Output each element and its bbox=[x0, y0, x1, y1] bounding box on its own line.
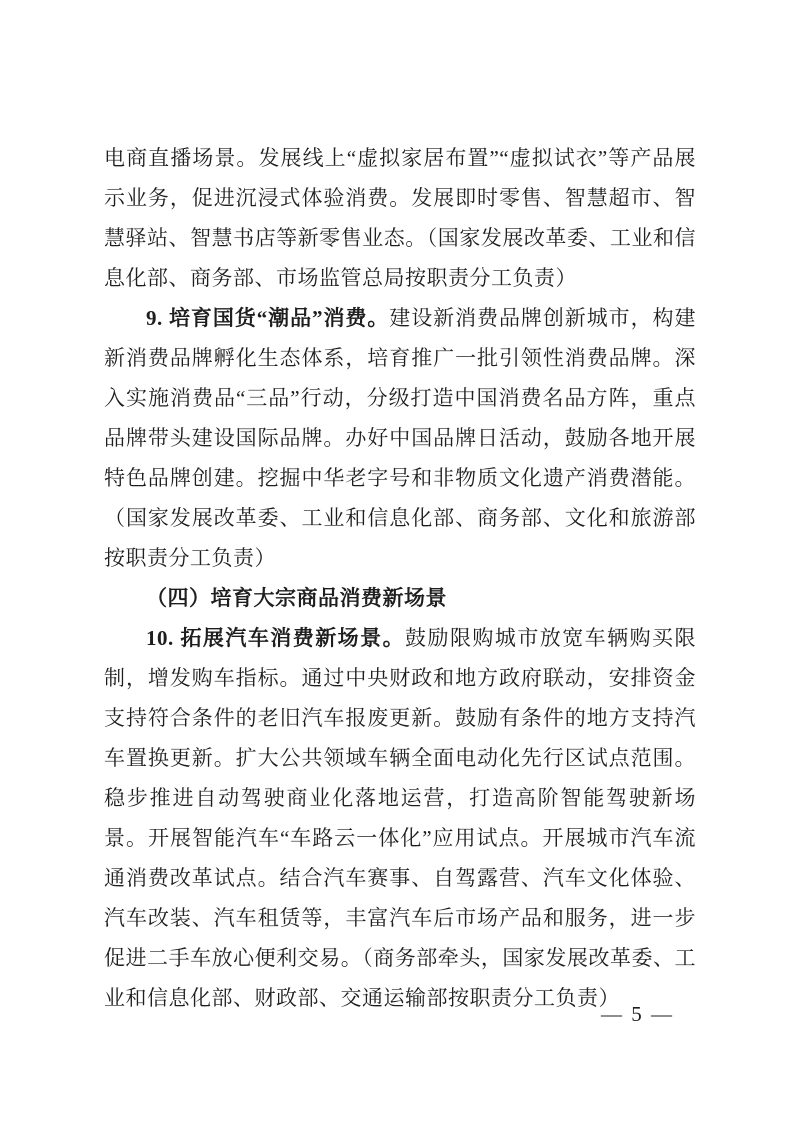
page-number: — 5 — bbox=[601, 1000, 674, 1028]
paragraph-text: 鼓励限购城市放宽车辆购买限制，增发购车指标。通过中央财政和地方政府联动，安排资金… bbox=[104, 626, 696, 1010]
section-heading-4-bulk-commodity: （四）培育大宗商品消费新场景 bbox=[104, 578, 696, 618]
document-page: 电商直播场景。发展线上“虚拟家居布置”“虚拟试衣”等产品展示业务，促进沉浸式体验… bbox=[0, 0, 794, 1123]
paragraph-text: 建设新消费品牌创新城市，构建新消费品牌孵化生态体系，培育推广一批引领性消费品牌。… bbox=[104, 306, 696, 570]
document-body: 电商直播场景。发展线上“虚拟家居布置”“虚拟试衣”等产品展示业务，促进沉浸式体验… bbox=[104, 138, 696, 1018]
paragraph-ecommerce-retail-continuation: 电商直播场景。发展线上“虚拟家居布置”“虚拟试衣”等产品展示业务，促进沉浸式体验… bbox=[104, 138, 696, 298]
paragraph-item-9-national-brands: 9. 培育国货“潮品”消费。建设新消费品牌创新城市，构建新消费品牌孵化生态体系，… bbox=[104, 298, 696, 578]
item-9-title: 9. 培育国货“潮品”消费。 bbox=[146, 306, 389, 330]
paragraph-item-10-auto-consumption: 10. 拓展汽车消费新场景。鼓励限购城市放宽车辆购买限制，增发购车指标。通过中央… bbox=[104, 618, 696, 1018]
paragraph-text: 电商直播场景。发展线上“虚拟家居布置”“虚拟试衣”等产品展示业务，促进沉浸式体验… bbox=[104, 146, 696, 290]
section-heading-text: （四）培育大宗商品消费新场景 bbox=[146, 586, 447, 610]
item-10-title: 10. 拓展汽车消费新场景。 bbox=[146, 626, 405, 650]
